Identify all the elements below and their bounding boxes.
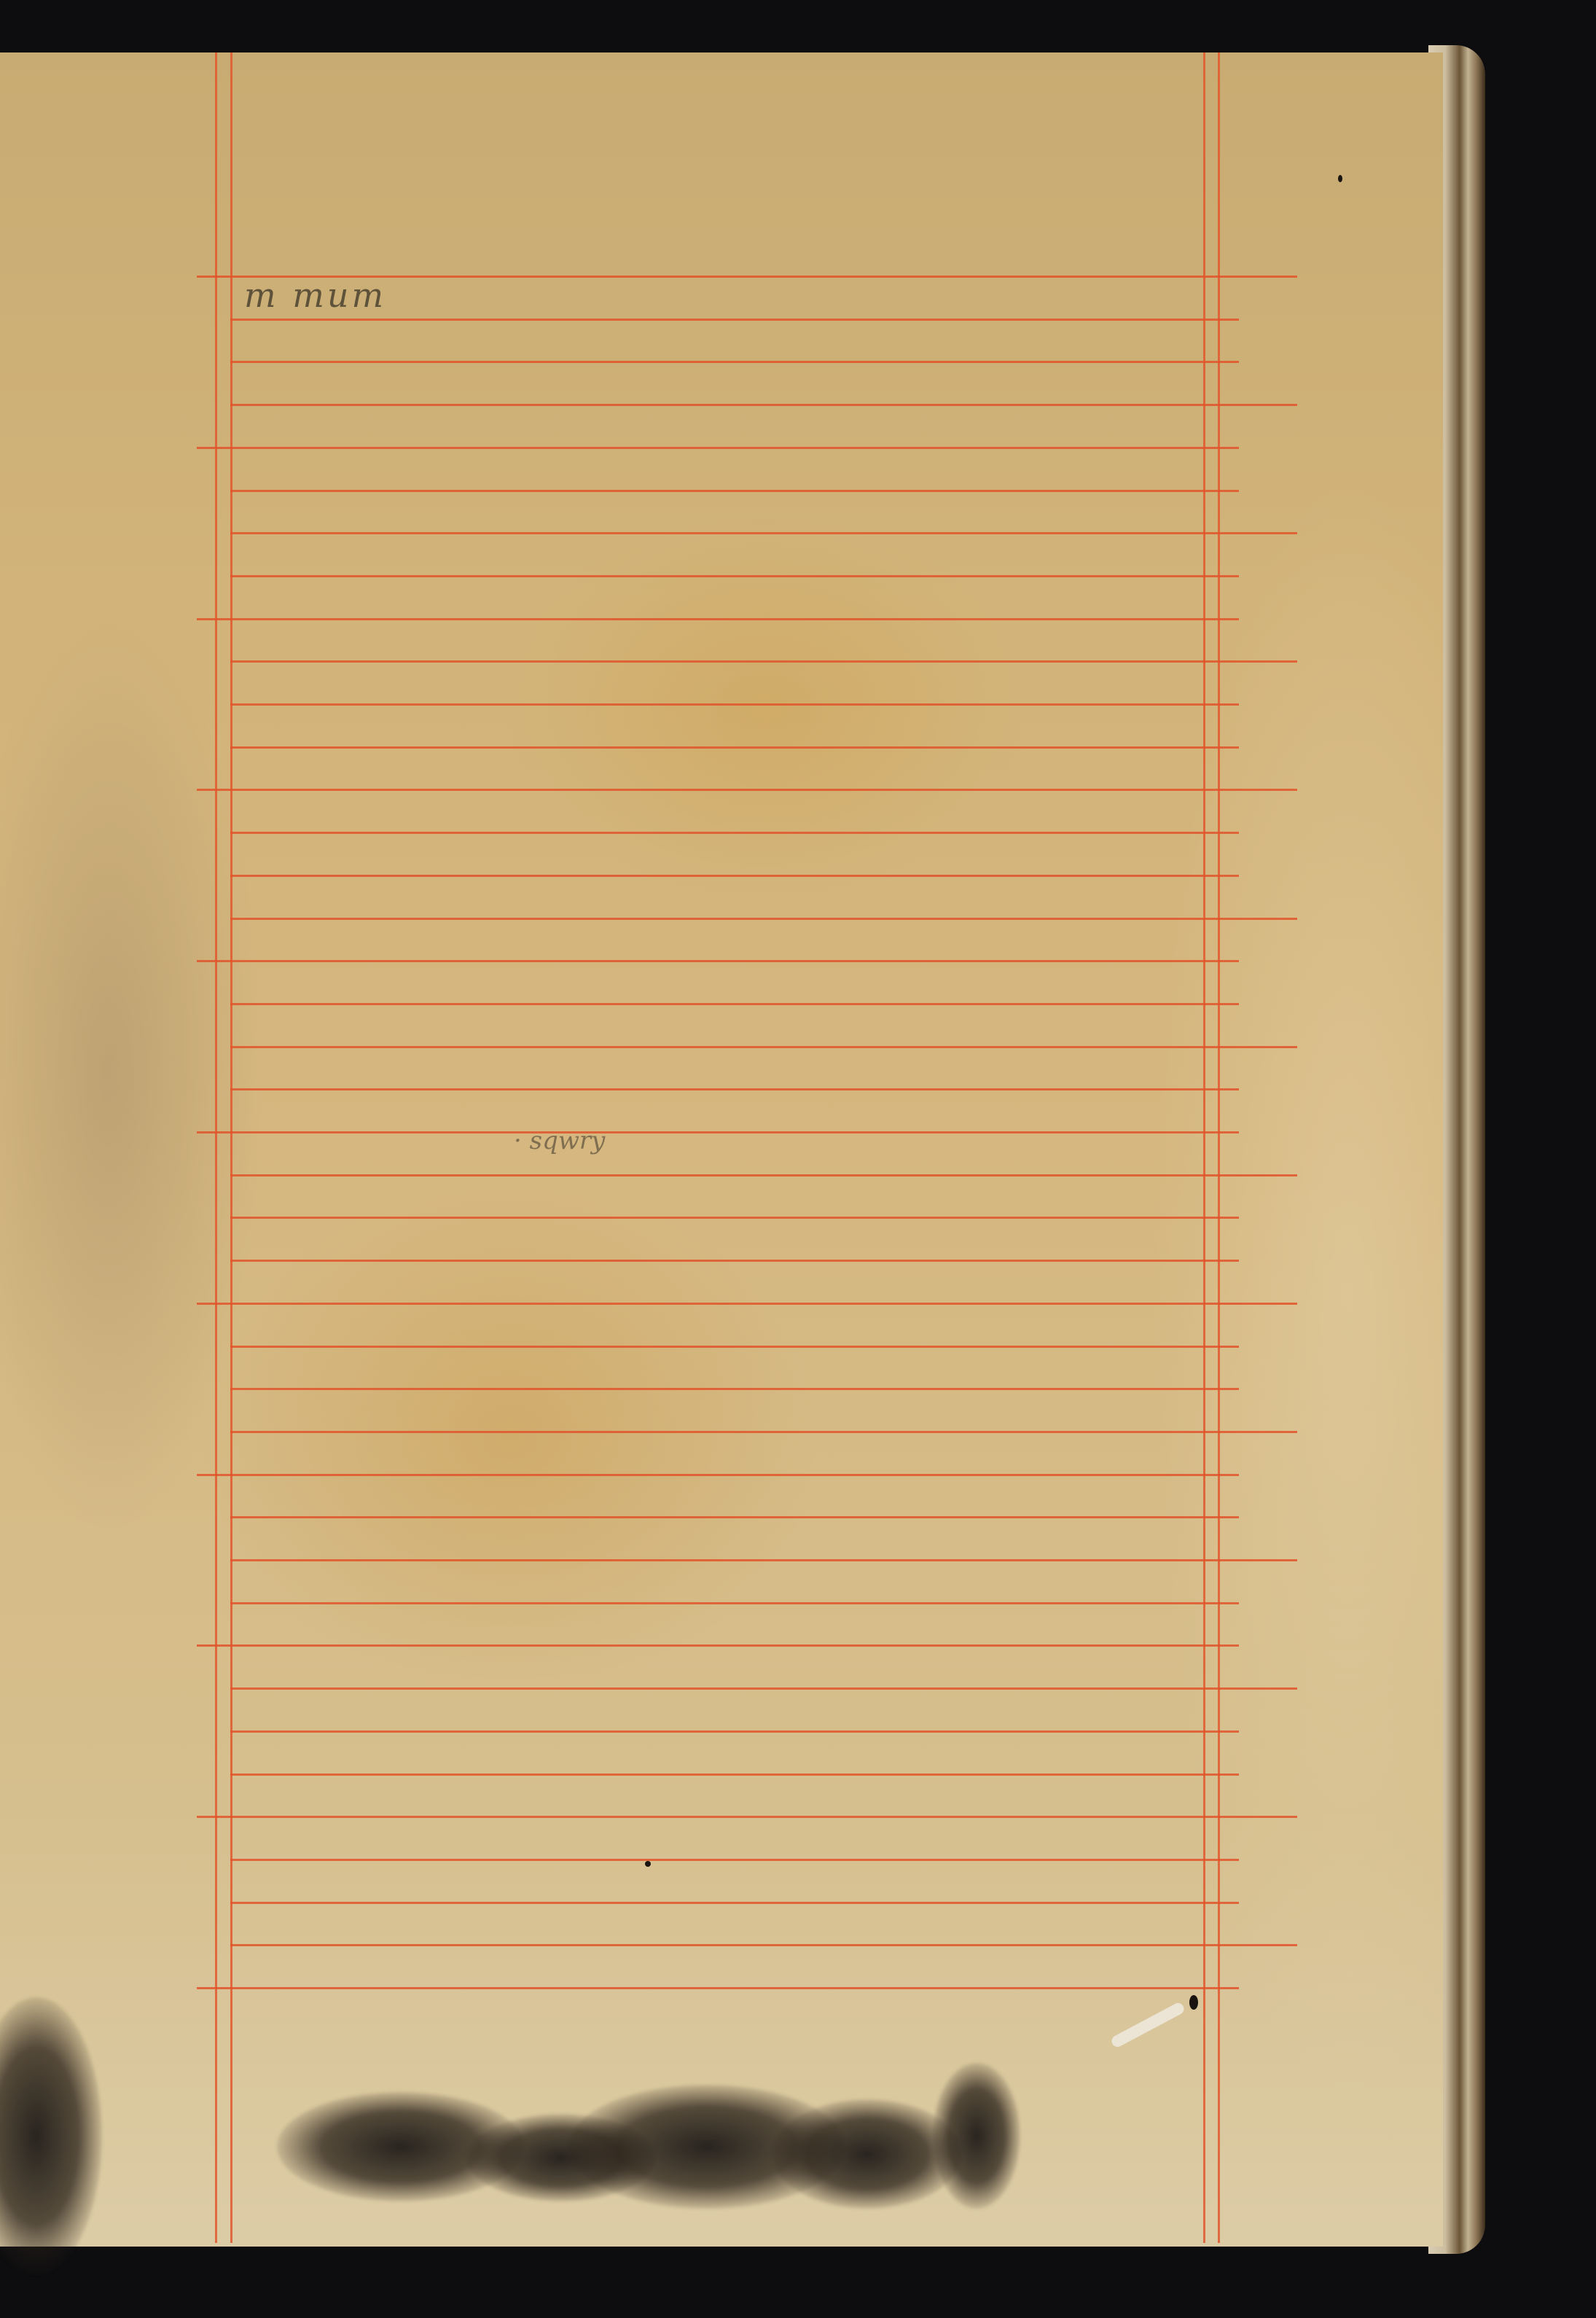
horizontal-rule: [197, 960, 1239, 962]
horizontal-rule: [197, 1644, 1239, 1647]
horizontal-rule: [230, 404, 1297, 406]
horizontal-rule: [230, 1046, 1297, 1048]
wormhole-2: [645, 1861, 651, 1867]
horizontal-rule: [230, 875, 1239, 877]
horizontal-rule: [197, 1303, 1297, 1305]
horizontal-rule: [230, 1260, 1239, 1262]
vertical-rule: [215, 52, 217, 2243]
horizontal-rule: [230, 1773, 1239, 1776]
horizontal-rule: [230, 832, 1239, 834]
marginal-scribble: · sqwry: [514, 1126, 605, 1155]
horizontal-rule: [230, 1687, 1297, 1690]
horizontal-rule: [230, 1516, 1239, 1518]
horizontal-rule: [230, 1088, 1239, 1090]
horizontal-rule: [230, 1944, 1297, 1946]
horizontal-rule: [230, 1346, 1239, 1348]
horizontal-rule: [230, 1388, 1239, 1390]
wormhole-1: [1189, 1995, 1198, 2010]
horizontal-rule: [230, 746, 1239, 749]
horizontal-rule: [197, 447, 1239, 449]
horizontal-rule: [197, 789, 1297, 791]
horizontal-rule: [230, 1902, 1239, 1904]
pen-trial-inscription: m mum: [244, 276, 386, 315]
horizontal-rule: [230, 1559, 1297, 1561]
horizontal-rule: [197, 1816, 1297, 1818]
horizontal-rule: [230, 490, 1239, 492]
vertical-rule: [230, 52, 232, 2243]
water-stain-bottom-5: [933, 2063, 1020, 2209]
horizontal-rule: [230, 575, 1239, 577]
horizontal-rule: [197, 1474, 1239, 1476]
vertical-rule: [1218, 52, 1220, 2243]
horizontal-rule: [230, 1431, 1297, 1433]
wormhole-3: [1338, 175, 1342, 182]
horizontal-rule: [230, 660, 1297, 663]
horizontal-rule: [230, 1174, 1297, 1176]
horizontal-rule: [230, 1003, 1239, 1005]
vertical-rule: [1203, 52, 1205, 2243]
horizontal-rule: [230, 1730, 1239, 1733]
horizontal-rule: [197, 1131, 1239, 1133]
horizontal-rule: [230, 1217, 1239, 1219]
horizontal-rule: [230, 532, 1297, 534]
horizontal-rule: [197, 1987, 1239, 1989]
horizontal-rule: [230, 361, 1239, 363]
horizontal-rule: [197, 618, 1239, 620]
horizontal-rule: [230, 1602, 1239, 1604]
horizontal-rule: [230, 703, 1239, 706]
horizontal-rule: [230, 1859, 1239, 1861]
horizontal-rule: [230, 319, 1239, 321]
horizontal-rule: [230, 918, 1297, 920]
